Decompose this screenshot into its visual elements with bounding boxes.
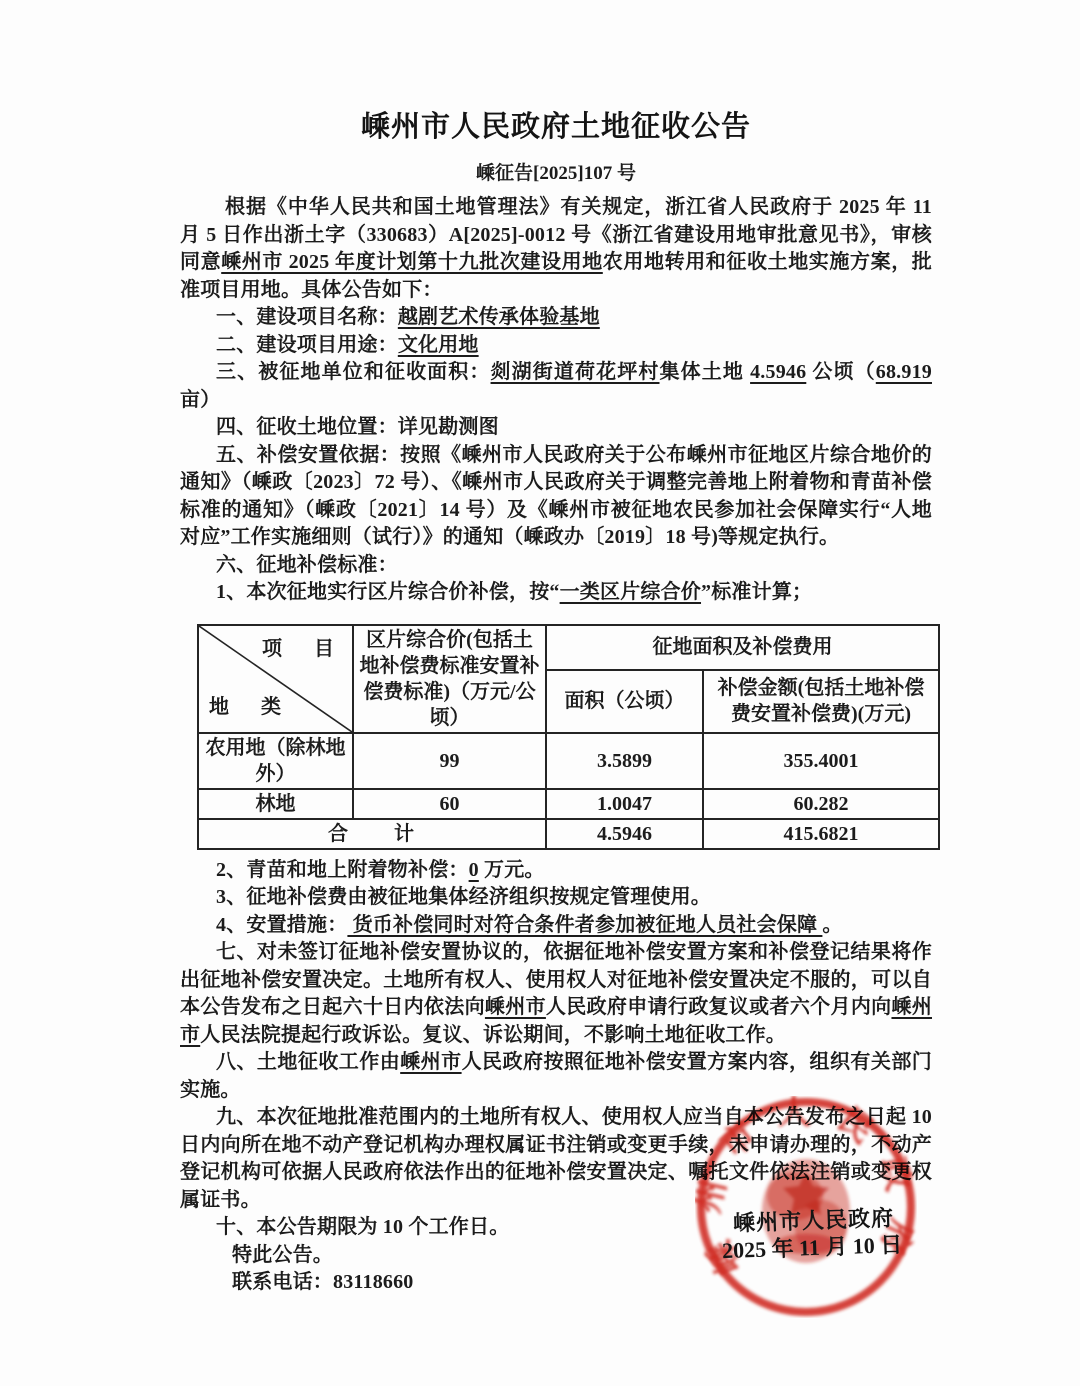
table-row: 林地 60 1.0047 60.282	[198, 789, 939, 819]
page-title: 嵊州市人民政府土地征收公告	[180, 104, 932, 145]
cell-area: 1.0047	[546, 789, 703, 819]
item-land-location: 四、征收土地位置：详见勘测图	[180, 414, 932, 442]
item-compensation-basis: 五、补偿安置依据：按照《嵊州市人民政府关于公布嵊州市征地区片综合地价的通知》（嵊…	[180, 442, 932, 552]
cell-amount: 355.4001	[703, 733, 939, 789]
cell-amount: 60.282	[703, 789, 939, 819]
header-price: 区片综合价(包括土地补偿费标准安置补偿费标准)（万元/公顷）	[353, 625, 546, 733]
item-comprehensive-price: 1、本次征地实行区片综合价补偿，按“一类区片综合价”标准计算；	[180, 579, 932, 607]
corner-label-landtype: 地 类	[209, 694, 287, 720]
document-page: 嵊州市人民政府土地征收公告 嵊征告[2025]107 号 根据《中华人民共和国土…	[0, 0, 1080, 1386]
cell-area: 3.5899	[546, 733, 703, 789]
document-number: 嵊征告[2025]107 号	[180, 158, 932, 185]
compensation-table: 项 目 地 类 区片综合价(包括土地补偿费标准安置补偿费标准)（万元/公顷） 征…	[197, 624, 940, 850]
paragraph-intro: 根据《中华人民共和国土地管理法》有关规定，浙江省人民政府于 2025 年 11 …	[180, 194, 932, 304]
cell-total-area: 4.5946	[546, 819, 703, 849]
cell-total-amount: 415.6821	[703, 819, 939, 849]
item-seedling-compensation: 2、青苗和地上附着物补偿：0 万元。	[180, 857, 932, 885]
cell-type: 林地	[198, 789, 353, 819]
header-group: 征地面积及补偿费用	[546, 625, 939, 671]
corner-label-project: 项 目	[262, 636, 340, 662]
item-project-name: 一、建设项目名称：越剧艺术传承体验基地	[180, 304, 932, 332]
cell-price: 60	[353, 789, 546, 819]
item-expropriated-unit: 三、被征地单位和征收面积：剡湖街道荷花坪村集体土地 4.5946 公顷（68.9…	[180, 359, 932, 414]
cell-price: 99	[353, 733, 546, 789]
header-amount: 补偿金额(包括土地补偿费安置补偿费)(万元)	[703, 670, 939, 732]
item-fund-management: 3、征地补偿费由被征地集体经济组织按规定管理使用。	[180, 884, 932, 912]
item-project-use: 二、建设项目用途：文化用地	[180, 332, 932, 360]
header-area: 面积（公顷）	[546, 670, 703, 732]
table-total-row: 合 计 4.5946 415.6821	[198, 819, 939, 849]
item-resettlement-measures: 4、安置措施： 货币补偿同时对符合条件者参加被征地人员社会保障 。	[180, 912, 932, 940]
cell-total-label: 合 计	[198, 819, 546, 849]
table-row: 农用地（除林地外） 99 3.5899 355.4001	[198, 733, 939, 789]
item-compensation-standard: 六、征地补偿标准：	[180, 552, 932, 580]
sign-date: 2025 年 11 月 10 日	[722, 1228, 903, 1265]
item-dispute-procedure: 七、对未签订征地补偿安置协议的，依据征地补偿安置方案和补偿登记结果将作出征地补偿…	[180, 939, 932, 1049]
cell-type: 农用地（除林地外）	[198, 733, 353, 789]
table-corner-cell: 项 目 地 类	[198, 625, 353, 733]
